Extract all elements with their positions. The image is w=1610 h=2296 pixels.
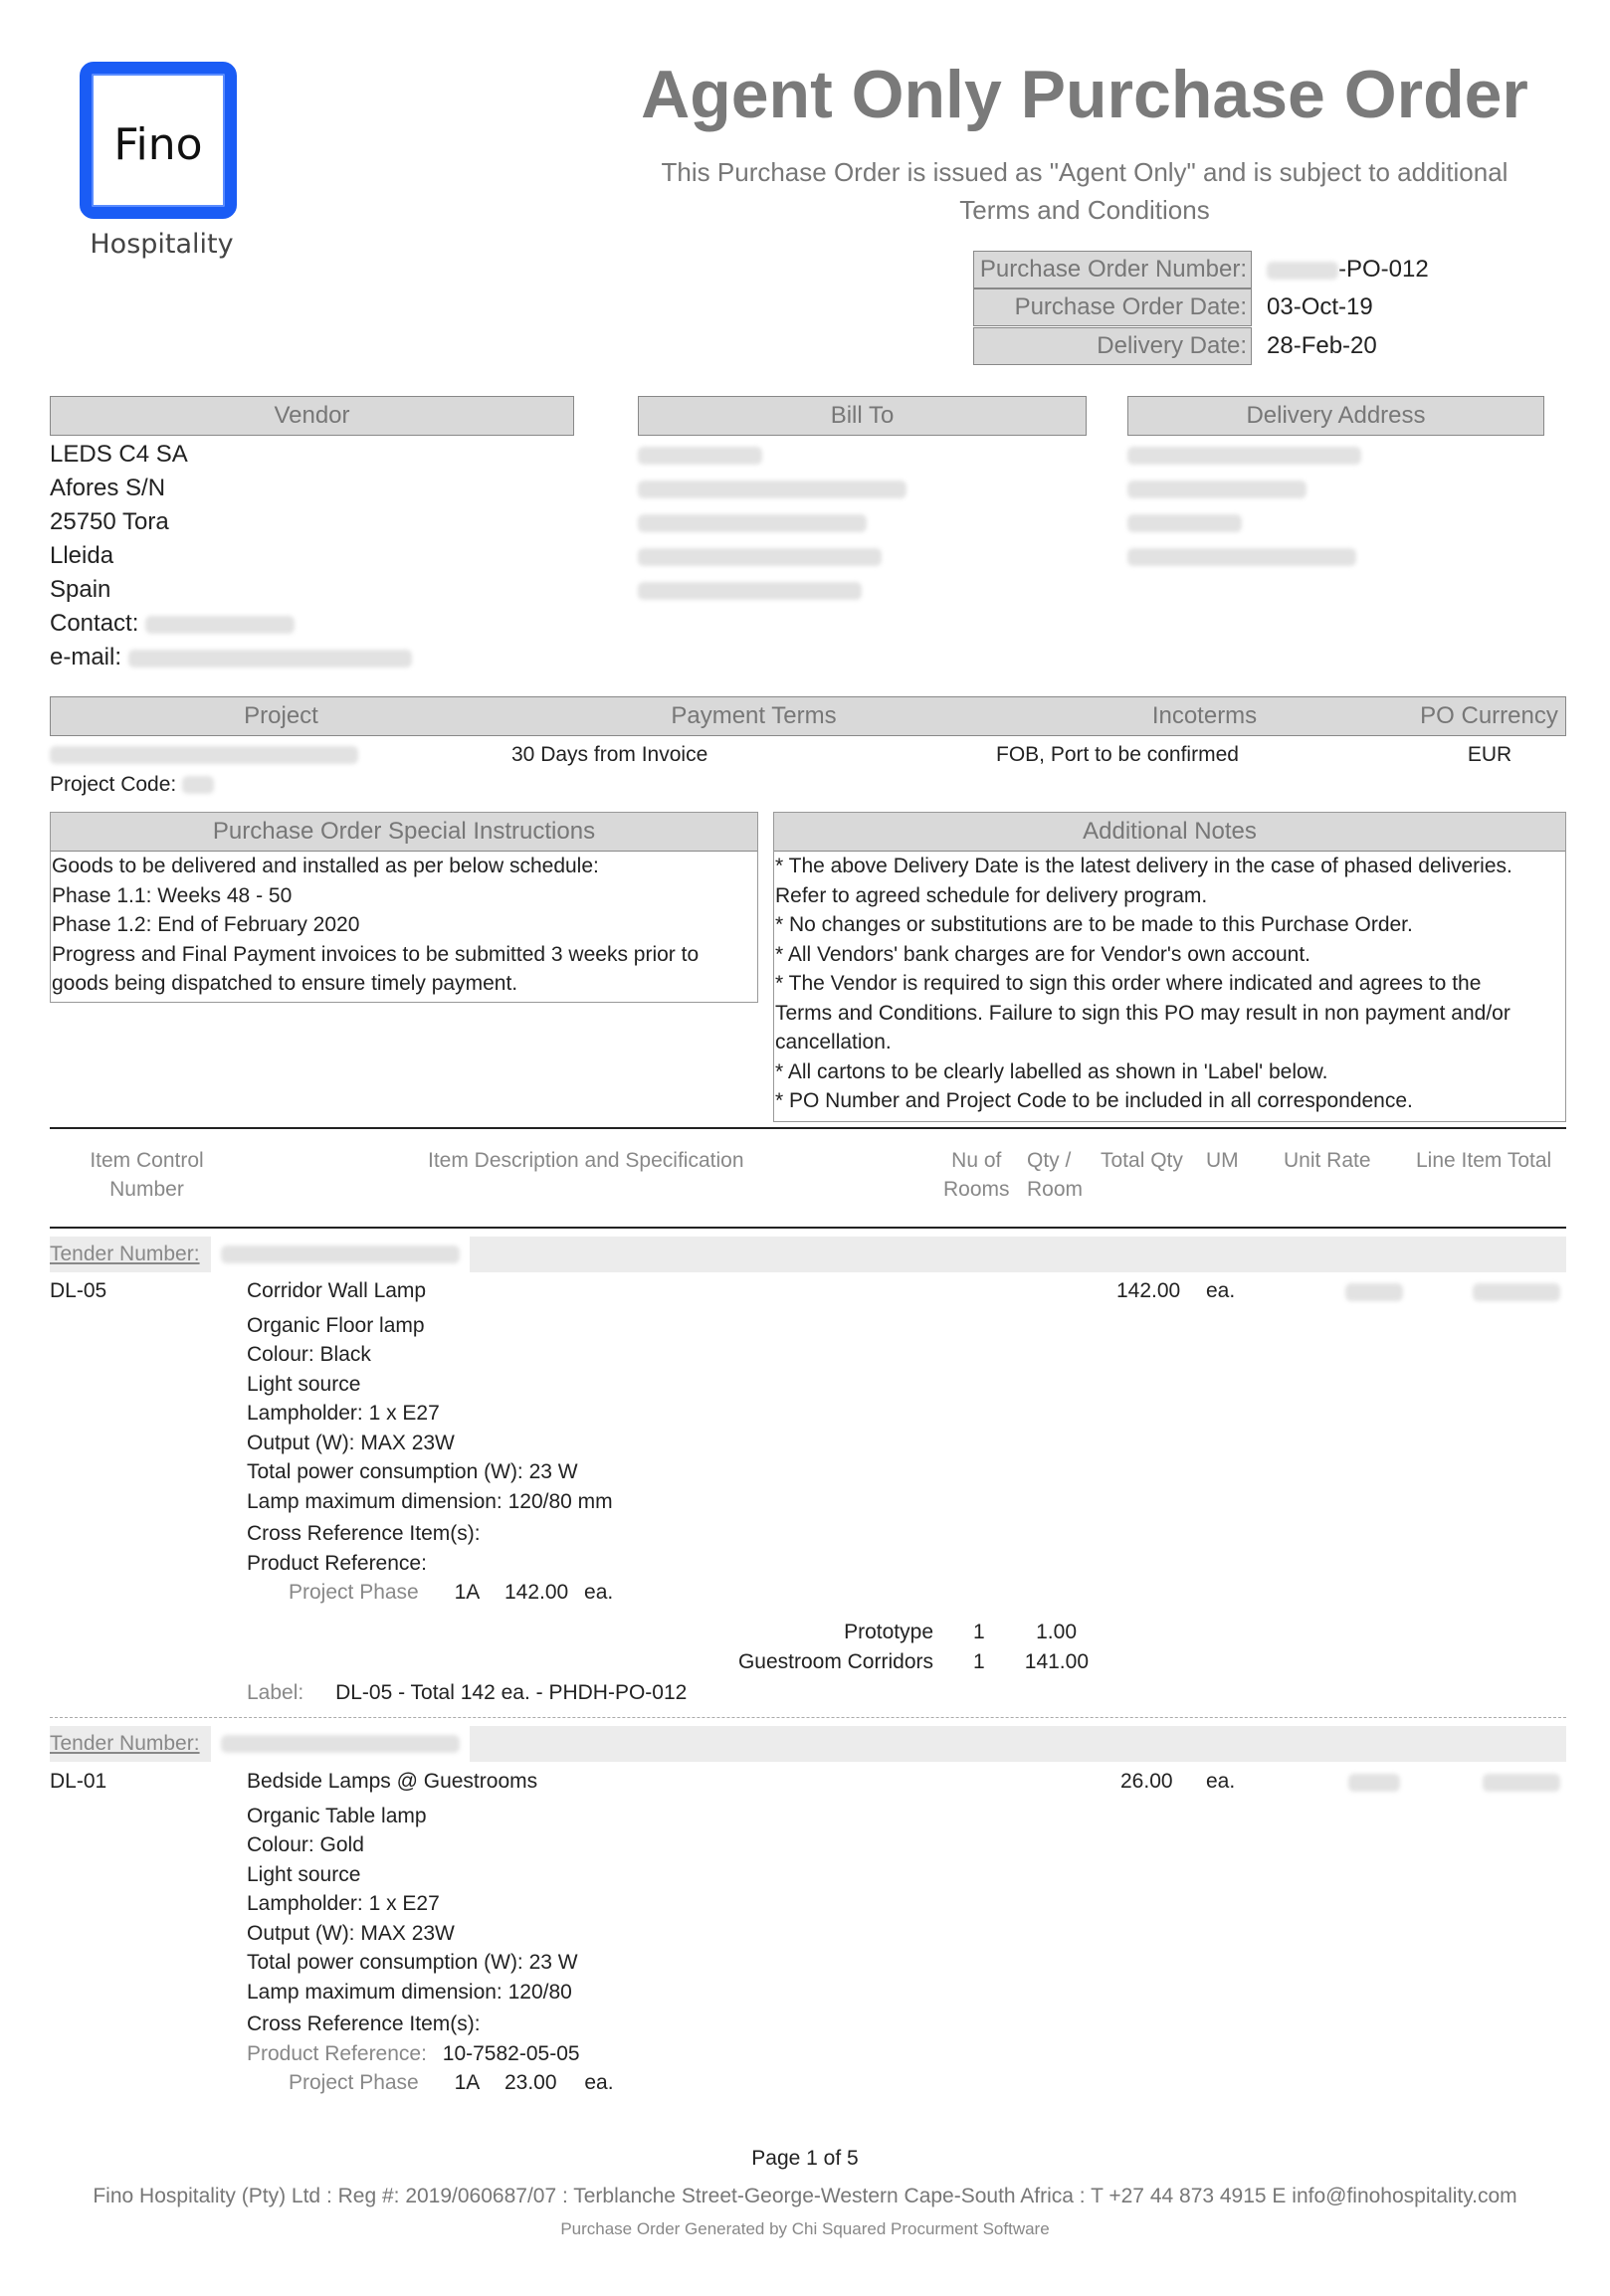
phase-code: 1A bbox=[455, 2071, 480, 2094]
item-spec: Lamp maximum dimension: 120/80 bbox=[247, 1978, 614, 2008]
redacted-text bbox=[638, 548, 882, 566]
tender-label: Tender Number: bbox=[50, 1243, 200, 1265]
item-spec: Light source bbox=[247, 1860, 614, 1890]
redacted-text bbox=[638, 514, 867, 532]
special-instructions-heading: Purchase Order Special Instructions bbox=[51, 813, 757, 852]
redacted-text bbox=[638, 447, 762, 465]
redacted-text bbox=[638, 582, 862, 600]
po-number-suffix: PO-012 bbox=[1346, 256, 1429, 283]
item-spec: Output (W): MAX 23W bbox=[247, 1919, 614, 1949]
item-spec: Colour: Gold bbox=[247, 1830, 614, 1860]
breakdown-rooms: 1 bbox=[973, 1647, 985, 1677]
page-subtitle: This Purchase Order is issued as "Agent … bbox=[617, 153, 1552, 229]
item-spec: Organic Table lamp bbox=[247, 1802, 614, 1831]
vendor-email: e-mail: bbox=[50, 641, 412, 674]
delivery-date-label: Delivery Date: bbox=[973, 327, 1252, 365]
redacted-text bbox=[182, 776, 214, 794]
col-unit-rate: Unit Rate bbox=[1284, 1146, 1371, 1175]
special-instructions-box: Purchase Order Special Instructions Good… bbox=[50, 812, 758, 1003]
project-value bbox=[50, 740, 358, 770]
bill-to-heading: Bill To bbox=[638, 396, 1087, 436]
breakdown-name: Guestroom Corridors bbox=[597, 1647, 933, 1677]
contact-label: Contact: bbox=[50, 610, 138, 637]
po-date-value: 03-Oct-19 bbox=[1267, 288, 1373, 326]
redacted-text bbox=[128, 650, 412, 668]
carton-label: Label: DL-05 - Total 142 ea. - PHDH-PO-0… bbox=[247, 1678, 687, 1708]
subtitle-line: Terms and Conditions bbox=[617, 191, 1552, 229]
item-line-total bbox=[1473, 1283, 1560, 1301]
phase-um: ea. bbox=[584, 2071, 613, 2094]
bill-to-address bbox=[638, 438, 906, 607]
breakdown-name: Prototype bbox=[597, 1618, 933, 1647]
col-item-control: Item Control Number bbox=[55, 1146, 239, 1204]
vendor-contact: Contact: bbox=[50, 607, 412, 641]
instruction-line: Progress and Final Payment invoices to b… bbox=[52, 940, 757, 970]
breakdown-rooms: 1 bbox=[973, 1618, 985, 1647]
item-spec: Colour: Black bbox=[247, 1340, 613, 1370]
item-total-qty: 142.00 bbox=[1116, 1276, 1180, 1306]
vendor-line: Lleida bbox=[50, 539, 412, 573]
redacted-text bbox=[638, 480, 906, 498]
redacted-text bbox=[1127, 447, 1361, 465]
col-line-total: Line Item Total bbox=[1416, 1146, 1551, 1175]
col-label: Rooms bbox=[943, 1175, 1010, 1204]
redacted-text bbox=[1345, 1283, 1403, 1301]
col-rooms: Nu of Rooms bbox=[943, 1146, 1010, 1204]
note-line: * The above Delivery Date is the latest … bbox=[775, 852, 1565, 881]
project-phase: Project Phase 1A 142.00 ea. bbox=[247, 1578, 613, 1608]
col-qty-room: Qty / Room bbox=[1027, 1146, 1083, 1204]
breakdown-qty: 141.00 bbox=[1015, 1647, 1089, 1677]
item-line-total bbox=[1483, 1774, 1560, 1792]
item-spec: Total power consumption (W): 23 W bbox=[247, 1948, 614, 1978]
redacted-text bbox=[1483, 1774, 1560, 1792]
table-header-rule bbox=[50, 1227, 1566, 1229]
product-reference: Product Reference: 10-7582-05-05 bbox=[247, 2039, 614, 2069]
item-divider bbox=[50, 1717, 1566, 1718]
note-line: * PO Number and Project Code to be inclu… bbox=[775, 1086, 1565, 1116]
phase-qty: 23.00 bbox=[504, 2071, 557, 2094]
company-logo: Fino bbox=[80, 62, 237, 219]
payment-terms-heading: Payment Terms bbox=[511, 696, 997, 736]
label-caption: Label: bbox=[247, 1681, 303, 1704]
phase-code: 1A bbox=[455, 1581, 480, 1604]
instruction-line: Phase 1.2: End of February 2020 bbox=[52, 910, 757, 940]
col-label: Room bbox=[1027, 1175, 1083, 1204]
vendor-line: 25750 Tora bbox=[50, 505, 412, 539]
additional-notes-heading: Additional Notes bbox=[774, 813, 1565, 852]
currency-heading: PO Currency bbox=[1413, 696, 1566, 736]
item-um: ea. bbox=[1206, 1276, 1235, 1306]
phase-label: Project Phase bbox=[289, 1581, 419, 1604]
delivery-address-heading: Delivery Address bbox=[1127, 396, 1544, 436]
project-code: Project Code: bbox=[50, 770, 214, 800]
page-title: Agent Only Purchase Order bbox=[617, 56, 1552, 133]
vendor-line: LEDS C4 SA bbox=[50, 438, 412, 472]
vendor-line: Afores S/N bbox=[50, 472, 412, 505]
item-spec: Organic Floor lamp bbox=[247, 1311, 613, 1341]
tender-value bbox=[211, 1237, 470, 1272]
project-phase: Project Phase 1A 23.00 ea. bbox=[247, 2068, 614, 2098]
phase-qty: 142.00 bbox=[504, 1581, 568, 1604]
item-um: ea. bbox=[1206, 1767, 1235, 1797]
item-spec: Total power consumption (W): 23 W bbox=[247, 1457, 613, 1487]
page-number: Page 1 of 5 bbox=[0, 2147, 1610, 2171]
item-description: Corridor Wall Lamp Organic Floor lamp Co… bbox=[247, 1276, 613, 1608]
col-label: Qty / bbox=[1027, 1146, 1083, 1175]
instruction-line: Phase 1.1: Weeks 48 - 50 bbox=[52, 881, 757, 911]
redacted-text bbox=[1127, 480, 1307, 498]
item-spec: Output (W): MAX 23W bbox=[247, 1429, 613, 1458]
po-date-label: Purchase Order Date: bbox=[973, 288, 1252, 326]
currency-value: EUR bbox=[1413, 740, 1566, 770]
col-label: Number bbox=[55, 1175, 239, 1204]
redacted-text bbox=[1348, 1774, 1400, 1792]
item-total-qty: 26.00 bbox=[1120, 1767, 1173, 1797]
redacted-text bbox=[221, 1735, 460, 1753]
project-heading: Project bbox=[50, 696, 512, 736]
subtitle-line: This Purchase Order is issued as "Agent … bbox=[617, 153, 1552, 191]
delivery-date-value: 28-Feb-20 bbox=[1267, 327, 1377, 365]
item-code: DL-01 bbox=[50, 1767, 106, 1797]
note-line: * No changes or substitutions are to be … bbox=[775, 910, 1565, 940]
logo-tagline: Hospitality bbox=[80, 229, 244, 260]
redacted-text bbox=[1127, 514, 1242, 532]
col-description: Item Description and Specification bbox=[428, 1146, 744, 1175]
payment-terms-value: 30 Days from Invoice bbox=[511, 740, 707, 770]
item-spec: Lampholder: 1 x E27 bbox=[247, 1399, 613, 1429]
item-spec: Lamp maximum dimension: 120/80 mm bbox=[247, 1487, 613, 1517]
item-code: DL-05 bbox=[50, 1276, 106, 1306]
cross-reference-label: Cross Reference Item(s): bbox=[247, 2009, 614, 2039]
col-label: Item Control bbox=[55, 1146, 239, 1175]
table-top-rule bbox=[50, 1127, 1566, 1129]
item-title: Corridor Wall Lamp bbox=[247, 1276, 613, 1306]
redacted-text bbox=[145, 616, 295, 634]
item-unit-rate bbox=[1345, 1283, 1403, 1301]
cross-reference-label: Cross Reference Item(s): bbox=[247, 1519, 613, 1549]
incoterms-heading: Incoterms bbox=[996, 696, 1414, 736]
note-line: Terms and Conditions. Failure to sign th… bbox=[775, 999, 1565, 1029]
breakdown-qty: 1.00 bbox=[1015, 1618, 1077, 1647]
email-label: e-mail: bbox=[50, 644, 121, 670]
additional-notes-box: Additional Notes * The above Delivery Da… bbox=[773, 812, 1566, 1122]
incoterms-value: FOB, Port to be confirmed bbox=[996, 740, 1239, 770]
generated-by: Purchase Order Generated by Chi Squared … bbox=[0, 2219, 1610, 2239]
company-footer: Fino Hospitality (Pty) Ltd : Reg #: 2019… bbox=[0, 2185, 1610, 2208]
note-line: * All Vendors' bank charges are for Vend… bbox=[775, 940, 1565, 970]
po-number-value: -PO-012 bbox=[1267, 251, 1429, 288]
note-line: * All cartons to be clearly labelled as … bbox=[775, 1057, 1565, 1087]
note-line: * The Vendor is required to sign this or… bbox=[775, 969, 1565, 999]
label-value: DL-05 - Total 142 ea. - PHDH-PO-012 bbox=[335, 1681, 687, 1704]
tender-label: Tender Number: bbox=[50, 1732, 200, 1755]
vendor-heading: Vendor bbox=[50, 396, 574, 436]
product-reference-value: 10-7582-05-05 bbox=[443, 2042, 580, 2065]
tender-value bbox=[211, 1726, 470, 1762]
item-spec: Lampholder: 1 x E27 bbox=[247, 1889, 614, 1919]
redacted-text bbox=[1473, 1283, 1560, 1301]
note-line: cancellation. bbox=[775, 1028, 1565, 1057]
instruction-line: Goods to be delivered and installed as p… bbox=[52, 852, 757, 881]
vendor-line: Spain bbox=[50, 573, 412, 607]
project-code-label: Project Code: bbox=[50, 773, 176, 796]
po-number-label: Purchase Order Number: bbox=[973, 251, 1252, 288]
phase-label: Project Phase bbox=[289, 2071, 419, 2094]
delivery-address bbox=[1127, 438, 1361, 573]
item-description: Bedside Lamps @ Guestrooms Organic Table… bbox=[247, 1767, 614, 2098]
redacted-text bbox=[1127, 548, 1356, 566]
product-reference-label: Product Reference: bbox=[247, 2042, 427, 2065]
instruction-line: goods being dispatched to ensure timely … bbox=[52, 969, 757, 999]
phase-um: ea. bbox=[584, 1581, 613, 1604]
product-reference-label: Product Reference: bbox=[247, 1549, 613, 1579]
note-line: Refer to agreed schedule for delivery pr… bbox=[775, 881, 1565, 911]
item-spec: Light source bbox=[247, 1370, 613, 1400]
col-total-qty: Total Qty bbox=[1101, 1146, 1183, 1175]
redacted-text bbox=[50, 746, 358, 764]
item-title: Bedside Lamps @ Guestrooms bbox=[247, 1767, 614, 1797]
redacted-text bbox=[1267, 262, 1338, 280]
item-unit-rate bbox=[1348, 1774, 1400, 1792]
logo-name: Fino bbox=[92, 119, 225, 170]
redacted-text bbox=[221, 1245, 460, 1263]
col-um: UM bbox=[1206, 1146, 1239, 1175]
vendor-address: LEDS C4 SA Afores S/N 25750 Tora Lleida … bbox=[50, 438, 412, 674]
col-label: Nu of bbox=[943, 1146, 1010, 1175]
